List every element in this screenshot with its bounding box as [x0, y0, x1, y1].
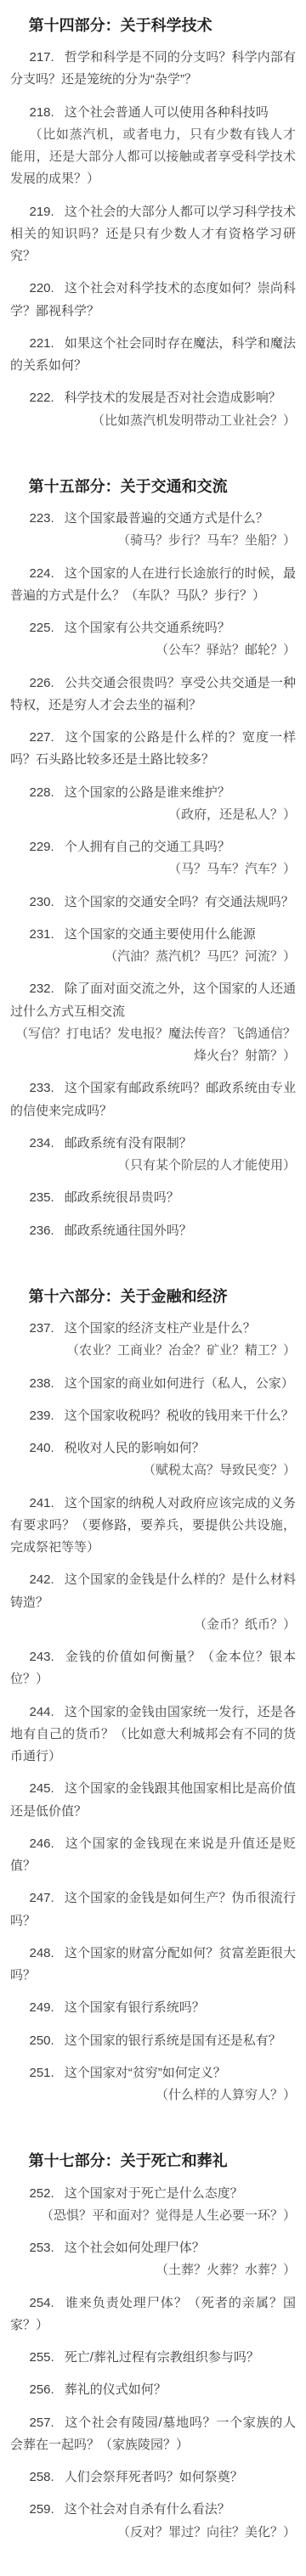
question-number: 254.	[30, 2296, 54, 2310]
section-title: 第十六部分：关于金融和经济	[10, 1286, 296, 1308]
question-line: 251.这个国家对“贫穷”如何定义？	[10, 2062, 296, 2084]
question-number: 220.	[30, 281, 54, 295]
question-text: 人们会祭拜死者吗？如何祭奠？	[65, 2470, 243, 2484]
question-line: 237.这个国家的经济支柱产业是什么？	[10, 1318, 296, 1340]
question-item: 251.这个国家对“贫穷”如何定义？ （什么样的人算穷人？）	[10, 2062, 296, 2107]
question-line: 243.金钱的价值如何衡量？（金本位？银本位？）	[10, 1646, 296, 1691]
question-line: 217.哲学和科学是不同的分支吗？科学内部有分支吗？还是笼统的分为“杂学”？	[10, 47, 296, 92]
question-line: 230.这个国家的交通安全吗？有交通法规吗？	[10, 891, 296, 914]
question-text: 这个社会普通人可以使用各种科技吗	[65, 105, 269, 120]
question-number: 217.	[30, 50, 54, 65]
question-item: 239.这个国家收税吗？税收的钱用来干什么？	[10, 1405, 296, 1427]
question-item: 232.除了面对面交流之外，这个国家的人还通过什么方式互相交流 （写信？打电话？…	[10, 978, 296, 1067]
question-number: 258.	[30, 2470, 54, 2484]
question-item: 236.邮政系统通往国外吗？	[10, 1220, 296, 1242]
question-item: 259.这个社会对自杀有什么看法？ （反对？罪过？向往？美化？）	[10, 2499, 296, 2544]
question-text: 死亡/葬礼过程有宗教组织参与吗？	[65, 2350, 259, 2365]
question-number: 257.	[30, 2416, 54, 2430]
question-text: 邮政系统很昂贵吗？	[65, 1190, 179, 1205]
question-text: 这个国家有公共交通系统吗？	[65, 621, 230, 635]
question-number: 253.	[30, 2241, 54, 2255]
question-note: （反对？罪过？向往？美化？）	[10, 2522, 296, 2544]
section-title: 第十七部分：关于死亡和葬礼	[10, 2151, 296, 2172]
question-note: （公车？驿站？邮轮？）	[10, 639, 296, 661]
question-number: 231.	[30, 927, 54, 942]
question-number: 248.	[30, 1946, 54, 1960]
question-line: 256.葬礼的仪式如何？	[10, 2379, 296, 2401]
question-line: 227.这个国家的公路是什么样的？宽度一样吗？石头路比较多还是土路比较多？	[10, 727, 296, 772]
question-item: 253.这个社会如何处理尸体？ （土葬？火葬？水葬？）	[10, 2237, 296, 2282]
question-item: 220.这个社会对科学技术的态度如何？崇尚科学？鄙视科学？	[10, 278, 296, 323]
question-line: 221.如果这个社会同时存在魔法，科学和魔法的关系如何？	[10, 333, 296, 378]
question-text: 葬礼的仪式如何？	[65, 2382, 167, 2397]
question-item: 257.这个社会有陵园/墓地吗？一个家族的人会葬在一起吗？（家族陵园？）	[10, 2412, 296, 2457]
question-number: 237.	[30, 1321, 54, 1336]
question-note: （恐惧？平和面对？觉得是人生必要一环？）	[10, 2205, 296, 2227]
question-line: 231.这个国家的交通主要使用什么能源	[10, 924, 296, 946]
question-number: 250.	[30, 2033, 54, 2048]
question-list: 223.这个国家最普遍的交通方式是什么？ （骑马？步行？马车？坐船？） 224.…	[10, 508, 296, 1242]
question-line: 257.这个社会有陵园/墓地吗？一个家族的人会葬在一起吗？（家族陵园？）	[10, 2412, 296, 2457]
section-title: 第十四部分：关于科学技术	[10, 15, 296, 37]
question-item: 218.这个社会普通人可以使用各种科技吗 （比如蒸汽机，或者电力，只有少数有钱人…	[10, 102, 296, 191]
question-text: 税收对人民的影响如何？	[65, 1441, 205, 1455]
question-text: 个人拥有自己的交通工具吗？	[65, 840, 230, 854]
question-number: 256.	[30, 2382, 54, 2397]
question-line: 234.邮政系统有没有限制？	[10, 1133, 296, 1155]
question-number: 219.	[30, 205, 54, 219]
question-line: 233.这个国家有邮政系统吗？邮政系统由专业的信使来完成吗？	[10, 1077, 296, 1122]
question-note: （政府，还是私人？）	[10, 804, 296, 826]
question-line: 226.公共交通会很贵吗？享受公共交通是一种特权，还是穷人才会去坐的福利？	[10, 672, 296, 717]
question-text: 这个国家的交通主要使用什么能源	[65, 927, 256, 942]
question-note: （金币？纸币？）	[10, 1614, 296, 1636]
question-line: 236.邮政系统通往国外吗？	[10, 1220, 296, 1242]
question-item: 241.这个国家的纳税人对政府应该完成的义务有要求吗？（要修路，要养兵，要提供公…	[10, 1493, 296, 1560]
question-note: （写信？打电话？发电报？魔法传音？飞鸽通信？烽火台？射箭？）	[10, 1023, 296, 1068]
question-item: 245.这个国家的金钱跟其他国家相比是高价值还是低价值？	[10, 1778, 296, 1823]
question-number: 238.	[30, 1376, 54, 1391]
question-number: 229.	[30, 840, 54, 854]
question-text: 这个社会对自杀有什么看法？	[65, 2502, 230, 2517]
question-number: 255.	[30, 2350, 54, 2365]
question-line: 222.科学技术的发展是否对社会造成影响？	[10, 387, 296, 409]
question-line: 232.除了面对面交流之外，这个国家的人还通过什么方式互相交流	[10, 978, 296, 1023]
question-number: 218.	[30, 105, 54, 120]
question-number: 239.	[30, 1409, 54, 1423]
question-line: 241.这个国家的纳税人对政府应该完成的义务有要求吗？（要修路，要养兵，要提供公…	[10, 1493, 296, 1560]
question-note: （马？马车？汽车？）	[10, 858, 296, 880]
question-number: 244.	[30, 1705, 54, 1719]
question-line: 250.这个国家的银行系统是国有还是私有？	[10, 2030, 296, 2052]
question-item: 240.税收对人民的影响如何？ （赋税太高？导致民变？）	[10, 1437, 296, 1482]
section: 第十五部分：关于交通和交流 223.这个国家最普遍的交通方式是什么？ （骑马？步…	[10, 476, 296, 1242]
question-note: （比如蒸汽机发明带动工业社会？）	[10, 410, 296, 432]
question-number: 226.	[30, 676, 54, 690]
question-text: 这个国家的商业如何进行（私人，公家）	[65, 1376, 294, 1391]
question-text: 这个国家收税吗？税收的钱用来干什么？	[65, 1409, 294, 1423]
question-number: 232.	[30, 981, 54, 996]
section-title: 第十五部分：关于交通和交流	[10, 476, 296, 498]
question-item: 228.这个国家的公路是谁来维护？ （政府，还是私人？）	[10, 782, 296, 827]
question-line: 249.这个国家有银行系统吗？	[10, 1997, 296, 2019]
question-item: 231.这个国家的交通主要使用什么能源 （汽油？蒸汽机？马匹？河流？）	[10, 924, 296, 969]
question-number: 249.	[30, 2000, 54, 2015]
question-text: 这个国家对“贫穷”如何定义？	[65, 2066, 226, 2080]
question-text: 这个国家最普遍的交通方式是什么？	[65, 511, 269, 526]
question-line: 242.这个国家的金钱是什么样的？是什么材料铸造？	[10, 1569, 296, 1614]
question-item: 252.这个国家对于死亡是什么态度？ （恐惧？平和面对？觉得是人生必要一环？）	[10, 2183, 296, 2228]
question-number: 224.	[30, 566, 54, 581]
question-item: 219.这个社会的大部分人都可以学习科学技术相关的知识吗？还是只有少数人才有资格…	[10, 201, 296, 268]
question-line: 223.这个国家最普遍的交通方式是什么？	[10, 508, 296, 530]
question-item: 247.这个国家的金钱是如何生产？伪币很流行吗？	[10, 1887, 296, 1932]
question-list: 217.哲学和科学是不同的分支吗？科学内部有分支吗？还是笼统的分为“杂学”？ 2…	[10, 47, 296, 432]
question-item: 255.死亡/葬礼过程有宗教组织参与吗？	[10, 2347, 296, 2369]
question-line: 245.这个国家的金钱跟其他国家相比是高价值还是低价值？	[10, 1778, 296, 1823]
question-number: 228.	[30, 785, 54, 800]
question-line: 235.邮政系统很昂贵吗？	[10, 1187, 296, 1209]
question-item: 238.这个国家的商业如何进行（私人，公家）	[10, 1373, 296, 1395]
question-note: （比如蒸汽机，或者电力，只有少数有钱人才能用，还是大部分人都可以接触或者享受科学…	[10, 124, 296, 191]
question-item: 234.邮政系统有没有限制？ （只有某个阶层的人才能使用）	[10, 1133, 296, 1178]
question-number: 233.	[30, 1081, 54, 1095]
question-number: 259.	[30, 2502, 54, 2517]
section: 第十六部分：关于金融和经济 237.这个国家的经济支柱产业是什么？ （农业？工商…	[10, 1286, 296, 2106]
question-item: 221.如果这个社会同时存在魔法，科学和魔法的关系如何？	[10, 333, 296, 378]
question-number: 245.	[30, 1781, 54, 1796]
question-item: 225.这个国家有公共交通系统吗？ （公车？驿站？邮轮？）	[10, 617, 296, 662]
question-item: 254.谁来负责处理尸体？（死者的亲属？国家？）	[10, 2292, 296, 2337]
question-number: 222.	[30, 391, 54, 405]
question-line: 258.人们会祭拜死者吗？如何祭奠？	[10, 2466, 296, 2489]
question-text: 科学技术的发展是否对社会造成影响？	[65, 391, 281, 405]
question-list: 252.这个国家对于死亡是什么态度？ （恐惧？平和面对？觉得是人生必要一环？） …	[10, 2183, 296, 2544]
question-line: 246.这个国家的金钱现在来说是升值还是贬值？	[10, 1833, 296, 1878]
question-line: 240.税收对人民的影响如何？	[10, 1437, 296, 1460]
question-line: 219.这个社会的大部分人都可以学习科学技术相关的知识吗？还是只有少数人才有资格…	[10, 201, 296, 268]
question-item: 244.这个国家的金钱由国家统一发行，还是各地有自己的货币？（比如意大利城邦会有…	[10, 1701, 296, 1769]
document: 第十四部分：关于科学技术 217.哲学和科学是不同的分支吗？科学内部有分支吗？还…	[0, 0, 306, 2576]
question-line: 220.这个社会对科学技术的态度如何？崇尚科学？鄙视科学？	[10, 278, 296, 323]
question-line: 247.这个国家的金钱是如何生产？伪币很流行吗？	[10, 1887, 296, 1932]
question-line: 259.这个社会对自杀有什么看法？	[10, 2499, 296, 2521]
question-item: 222.科学技术的发展是否对社会造成影响？ （比如蒸汽机发明带动工业社会？）	[10, 387, 296, 432]
question-note: （土葬？火葬？水葬？）	[10, 2259, 296, 2281]
question-item: 226.公共交通会很贵吗？享受公共交通是一种特权，还是穷人才会去坐的福利？	[10, 672, 296, 717]
question-item: 246.这个国家的金钱现在来说是升值还是贬值？	[10, 1833, 296, 1878]
question-item: 256.葬礼的仪式如何？	[10, 2379, 296, 2401]
question-number: 247.	[30, 1891, 54, 1905]
question-line: 239.这个国家收税吗？税收的钱用来干什么？	[10, 1405, 296, 1427]
question-line: 224.这个国家的人在进行长途旅行的时候，最普遍的方式是什么？（车队？马队？步行…	[10, 563, 296, 608]
question-number: 242.	[30, 1572, 54, 1587]
question-number: 241.	[30, 1496, 54, 1510]
question-number: 221.	[30, 336, 54, 351]
question-item: 235.邮政系统很昂贵吗？	[10, 1187, 296, 1209]
question-text: 邮政系统有没有限制？	[65, 1136, 192, 1150]
question-item: 250.这个国家的银行系统是国有还是私有？	[10, 2030, 296, 2052]
question-number: 234.	[30, 1136, 54, 1150]
question-line: 255.死亡/葬礼过程有宗教组织参与吗？	[10, 2347, 296, 2369]
question-text: 这个社会如何处理尸体？	[65, 2241, 205, 2255]
question-item: 230.这个国家的交通安全吗？有交通法规吗？	[10, 891, 296, 914]
question-line: 244.这个国家的金钱由国家统一发行，还是各地有自己的货币？（比如意大利城邦会有…	[10, 1701, 296, 1769]
question-number: 240.	[30, 1441, 54, 1455]
question-line: 228.这个国家的公路是谁来维护？	[10, 782, 296, 804]
question-item: 233.这个国家有邮政系统吗？邮政系统由专业的信使来完成吗？	[10, 1077, 296, 1122]
question-number: 230.	[30, 895, 54, 909]
question-number: 243.	[30, 1650, 54, 1664]
section: 第十七部分：关于死亡和葬礼 252.这个国家对于死亡是什么态度？ （恐惧？平和面…	[10, 2151, 296, 2543]
question-text: 这个国家的公路是谁来维护？	[65, 785, 230, 800]
question-number: 246.	[30, 1836, 54, 1851]
section: 第十四部分：关于科学技术 217.哲学和科学是不同的分支吗？科学内部有分支吗？还…	[10, 15, 296, 432]
question-line: 253.这个社会如何处理尸体？	[10, 2237, 296, 2259]
question-note: （什么样的人算穷人？）	[10, 2084, 296, 2106]
question-item: 242.这个国家的金钱是什么样的？是什么材料铸造？ （金币？纸币？）	[10, 1569, 296, 1636]
question-text: 这个国家有银行系统吗？	[65, 2000, 205, 2015]
question-line: 238.这个国家的商业如何进行（私人，公家）	[10, 1373, 296, 1395]
question-note: （赋税太高？导致民变？）	[10, 1460, 296, 1482]
question-note: （农业？工商业？冶金？矿业？精工？）	[10, 1340, 296, 1362]
question-line: 248.这个国家的财富分配如何？贫富差距很大吗？	[10, 1943, 296, 1988]
question-text: 这个国家的银行系统是国有还是私有？	[65, 2033, 281, 2048]
question-text: 这个国家的经济支柱产业是什么？	[65, 1321, 256, 1336]
question-text: 这个国家的交通安全吗？有交通法规吗？	[65, 895, 294, 909]
question-number: 252.	[30, 2186, 54, 2201]
question-item: 223.这个国家最普遍的交通方式是什么？ （骑马？步行？马车？坐船？）	[10, 508, 296, 553]
question-text: 邮政系统通往国外吗？	[65, 1223, 192, 1238]
question-item: 227.这个国家的公路是什么样的？宽度一样吗？石头路比较多还是土路比较多？	[10, 727, 296, 772]
question-item: 217.哲学和科学是不同的分支吗？科学内部有分支吗？还是笼统的分为“杂学”？	[10, 47, 296, 92]
question-number: 236.	[30, 1223, 54, 1238]
question-number: 227.	[30, 730, 54, 745]
question-item: 237.这个国家的经济支柱产业是什么？ （农业？工商业？冶金？矿业？精工？）	[10, 1318, 296, 1363]
question-text: 这个国家对于死亡是什么态度？	[65, 2186, 243, 2201]
question-number: 225.	[30, 621, 54, 635]
question-line: 229.个人拥有自己的交通工具吗？	[10, 836, 296, 858]
question-number: 251.	[30, 2066, 54, 2080]
question-number: 223.	[30, 511, 54, 526]
question-list: 237.这个国家的经济支柱产业是什么？ （农业？工商业？冶金？矿业？精工？） 2…	[10, 1318, 296, 2106]
question-line: 225.这个国家有公共交通系统吗？	[10, 617, 296, 639]
question-number: 235.	[30, 1190, 54, 1205]
question-note: （骑马？步行？马车？坐船？）	[10, 530, 296, 552]
question-note: （只有某个阶层的人才能使用）	[10, 1155, 296, 1177]
question-item: 258.人们会祭拜死者吗？如何祭奠？	[10, 2466, 296, 2489]
question-line: 254.谁来负责处理尸体？（死者的亲属？国家？）	[10, 2292, 296, 2337]
question-item: 224.这个国家的人在进行长途旅行的时候，最普遍的方式是什么？（车队？马队？步行…	[10, 563, 296, 608]
question-item: 229.个人拥有自己的交通工具吗？ （马？马车？汽车？）	[10, 836, 296, 881]
question-note: （汽油？蒸汽机？马匹？河流？）	[10, 946, 296, 968]
question-item: 243.金钱的价值如何衡量？（金本位？银本位？）	[10, 1646, 296, 1691]
question-item: 248.这个国家的财富分配如何？贫富差距很大吗？	[10, 1943, 296, 1988]
question-item: 249.这个国家有银行系统吗？	[10, 1997, 296, 2019]
question-line: 252.这个国家对于死亡是什么态度？	[10, 2183, 296, 2205]
question-line: 218.这个社会普通人可以使用各种科技吗	[10, 102, 296, 124]
